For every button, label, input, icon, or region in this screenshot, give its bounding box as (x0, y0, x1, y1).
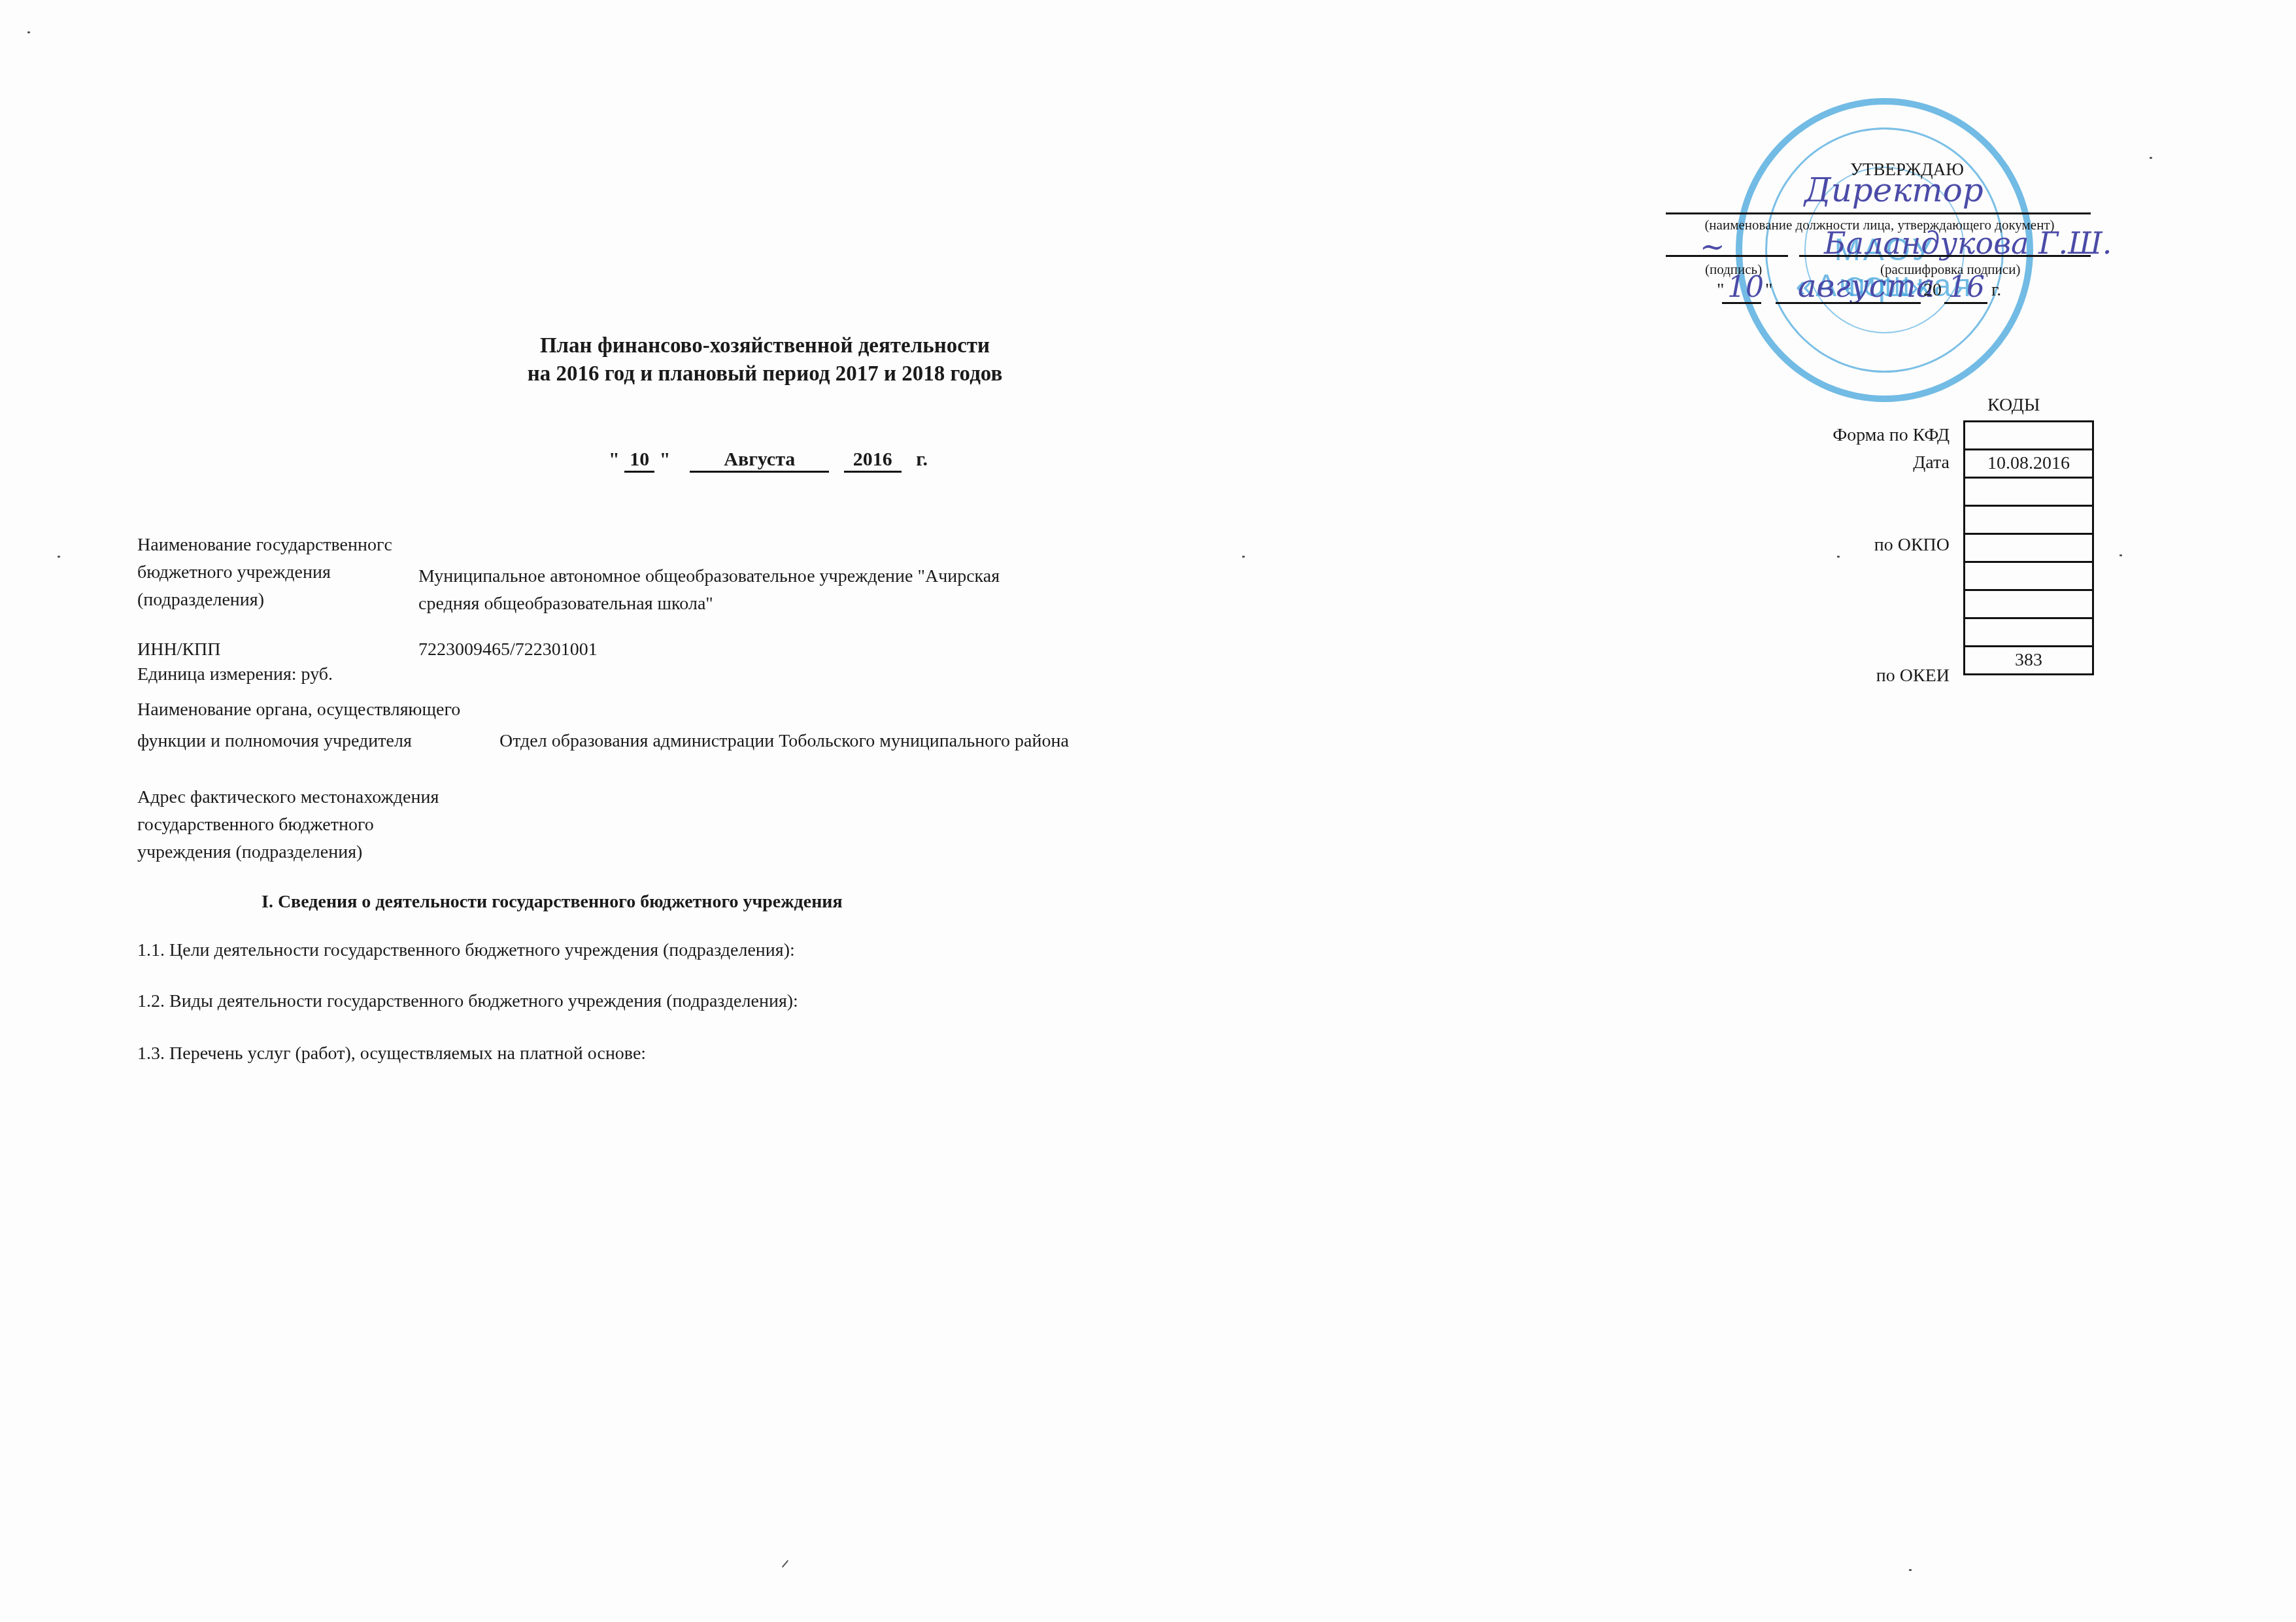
label-okei: по ОКЕИ (1876, 666, 1950, 686)
date-open-quote: " (609, 448, 620, 470)
label-kfd: Форма по КФД (1832, 425, 1950, 446)
code-empty-4 (1965, 590, 2093, 618)
scan-speck (782, 1560, 789, 1568)
unit-label: Единица измерения: руб. (137, 664, 333, 685)
date-close-quote: " (660, 448, 671, 470)
scan-speck (1837, 556, 1840, 558)
scan-speck (2150, 157, 2152, 159)
institution-label-2: бюджетного учреждения (137, 562, 331, 583)
approval-date-suffix: г. (1991, 280, 2001, 301)
signature-line (1666, 255, 1788, 257)
section-item-1-2: 1.2. Виды деятельности государственного … (137, 991, 798, 1012)
founder-value: Отдел образования администрации Тобольск… (499, 731, 1069, 752)
date-month: Августа (690, 448, 829, 473)
codes-row (1965, 562, 2093, 590)
decoding-line (1799, 255, 2091, 257)
title-line-1: План финансово-хозяйственной деятельност… (418, 332, 1111, 360)
code-kfd (1965, 422, 2093, 450)
code-date: 10.08.2016 (1965, 450, 2093, 478)
scan-speck (1242, 556, 1245, 558)
institution-label-3: (подразделения) (137, 590, 264, 611)
codes-row (1965, 618, 2093, 647)
codes-row: 383 (1965, 647, 2093, 675)
institution-label-1: Наименование государственногс (137, 535, 392, 556)
code-empty-3 (1965, 562, 2093, 590)
section-item-1-3: 1.3. Перечень услуг (работ), осуществляе… (137, 1043, 646, 1064)
code-empty-5 (1965, 618, 2093, 647)
scan-speck (27, 31, 30, 33)
codes-row (1965, 478, 2093, 506)
date-year: 2016 (844, 448, 902, 473)
approval-date-close-quote: " (1765, 280, 1772, 301)
institution-name-1: Муниципальное автономное общеобразовател… (418, 566, 1000, 587)
code-okpo (1965, 534, 2093, 562)
document-title: План финансово-хозяйственной деятельност… (418, 332, 1111, 388)
document-date: " 10 " Августа 2016 г. (458, 448, 1079, 473)
codes-row (1965, 590, 2093, 618)
address-label-2: государственного бюджетного (137, 815, 374, 836)
month-line (1776, 302, 1921, 304)
handwritten-month: августа (1798, 268, 1935, 305)
codes-row: 10.08.2016 (1965, 450, 2093, 478)
position-line (1666, 212, 2091, 214)
address-label-3: учреждения (подразделения) (137, 842, 362, 863)
approval-date-open-quote: " (1717, 280, 1724, 301)
institution-name-2: средняя общеобразовательная школа" (418, 594, 713, 615)
address-label-1: Адрес фактического местонахождения (137, 787, 439, 808)
handwritten-signature: ~ (1700, 229, 1725, 264)
label-okpo: по ОКПО (1874, 535, 1950, 556)
approval-date-century: 20 (1923, 280, 1942, 301)
scan-speck (1909, 1569, 1912, 1571)
founder-label-1: Наименование органа, осуществляющего (137, 700, 460, 720)
codes-row (1965, 506, 2093, 534)
inn-value: 7223009465/722301001 (418, 639, 598, 660)
scan-speck (58, 556, 60, 558)
inn-label: ИНН/КПП (137, 639, 221, 660)
title-line-2: на 2016 год и плановый период 2017 и 201… (418, 360, 1111, 388)
label-date: Дата (1913, 452, 1950, 473)
handwritten-position: Директор (1804, 171, 1984, 209)
handwritten-year: 16 (1948, 271, 1985, 304)
scan-speck (2119, 554, 2122, 556)
section-1-heading: I. Сведения о деятельности государственн… (262, 892, 843, 913)
codes-header: КОДЫ (1987, 395, 2040, 416)
founder-label-2: функции и полномочия учредителя (137, 731, 412, 752)
date-day: 10 (624, 448, 654, 473)
code-empty-2 (1965, 506, 2093, 534)
section-item-1-1: 1.1. Цели деятельности государственного … (137, 940, 795, 961)
day-line (1722, 302, 1761, 304)
date-suffix: г. (916, 448, 928, 470)
code-empty-1 (1965, 478, 2093, 506)
codes-row (1965, 534, 2093, 562)
year-line (1944, 302, 1987, 304)
codes-row (1965, 422, 2093, 450)
codes-table: 10.08.2016 383 (1963, 420, 2094, 675)
handwritten-day: 10 (1727, 271, 1764, 304)
code-okei: 383 (1965, 647, 2093, 675)
